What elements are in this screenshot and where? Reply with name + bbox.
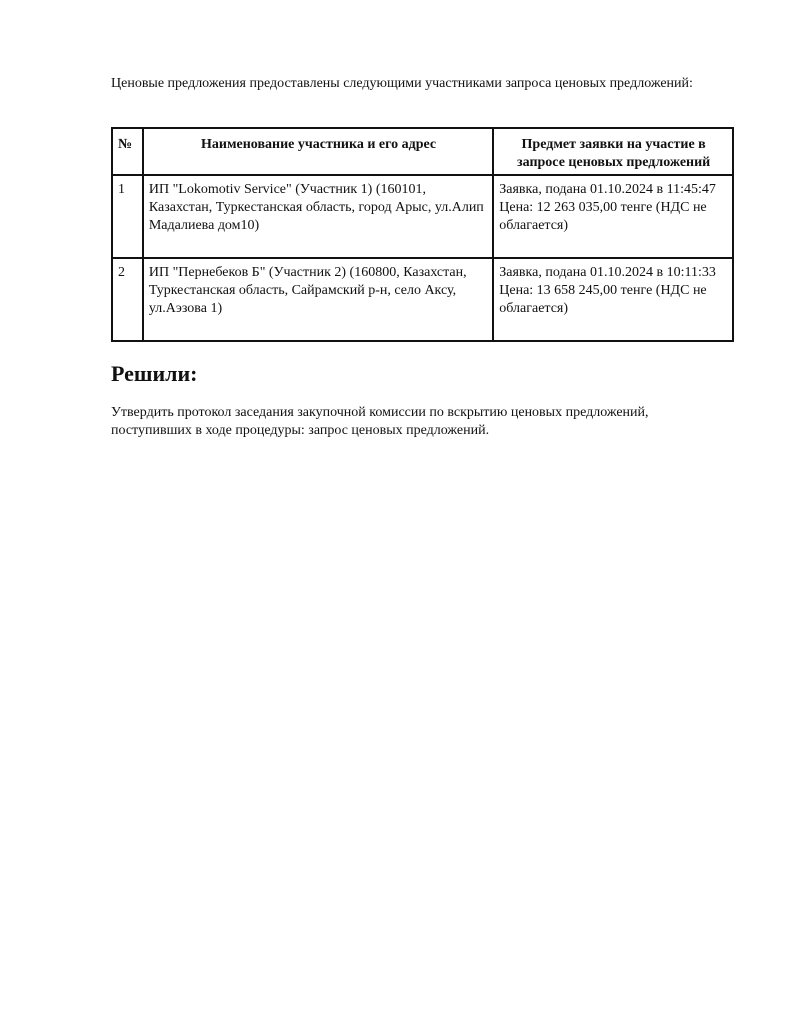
price-offer: Цена: 13 658 245,00 тенге (НДС не облага… xyxy=(499,282,728,318)
row-number: 2 xyxy=(112,258,143,341)
application-details: Заявка, подана 01.10.2024 в 11:45:47 Цен… xyxy=(493,175,733,258)
document-page: Ценовые предложения предоставлены следую… xyxy=(0,0,788,1020)
submission-datetime: Заявка, подана 01.10.2024 в 11:45:47 xyxy=(499,181,728,199)
header-participant-name: Наименование участника и его адрес xyxy=(143,128,493,175)
table-row: 2 ИП "Пернебеков Б" (Участник 2) (160800… xyxy=(112,258,733,341)
table-row: 1 ИП "Lokomotiv Service" (Участник 1) (1… xyxy=(112,175,733,258)
decision-heading: Решили: xyxy=(111,360,198,388)
header-application-subject: Предмет заявки на участие в запросе цено… xyxy=(493,128,733,175)
intro-paragraph: Ценовые предложения предоставлены следую… xyxy=(111,75,711,92)
participants-table: № Наименование участника и его адрес Пре… xyxy=(111,127,734,342)
price-offer: Цена: 12 263 035,00 тенге (НДС не облага… xyxy=(499,199,728,235)
header-number: № xyxy=(112,128,143,175)
row-number: 1 xyxy=(112,175,143,258)
participant-name-address: ИП "Lokomotiv Service" (Участник 1) (160… xyxy=(143,175,493,258)
application-details: Заявка, подана 01.10.2024 в 10:11:33 Цен… xyxy=(493,258,733,341)
decision-paragraph: Утвердить протокол заседания закупочной … xyxy=(111,404,731,440)
table-header-row: № Наименование участника и его адрес Пре… xyxy=(112,128,733,175)
submission-datetime: Заявка, подана 01.10.2024 в 10:11:33 xyxy=(499,264,728,282)
participant-name-address: ИП "Пернебеков Б" (Участник 2) (160800, … xyxy=(143,258,493,341)
